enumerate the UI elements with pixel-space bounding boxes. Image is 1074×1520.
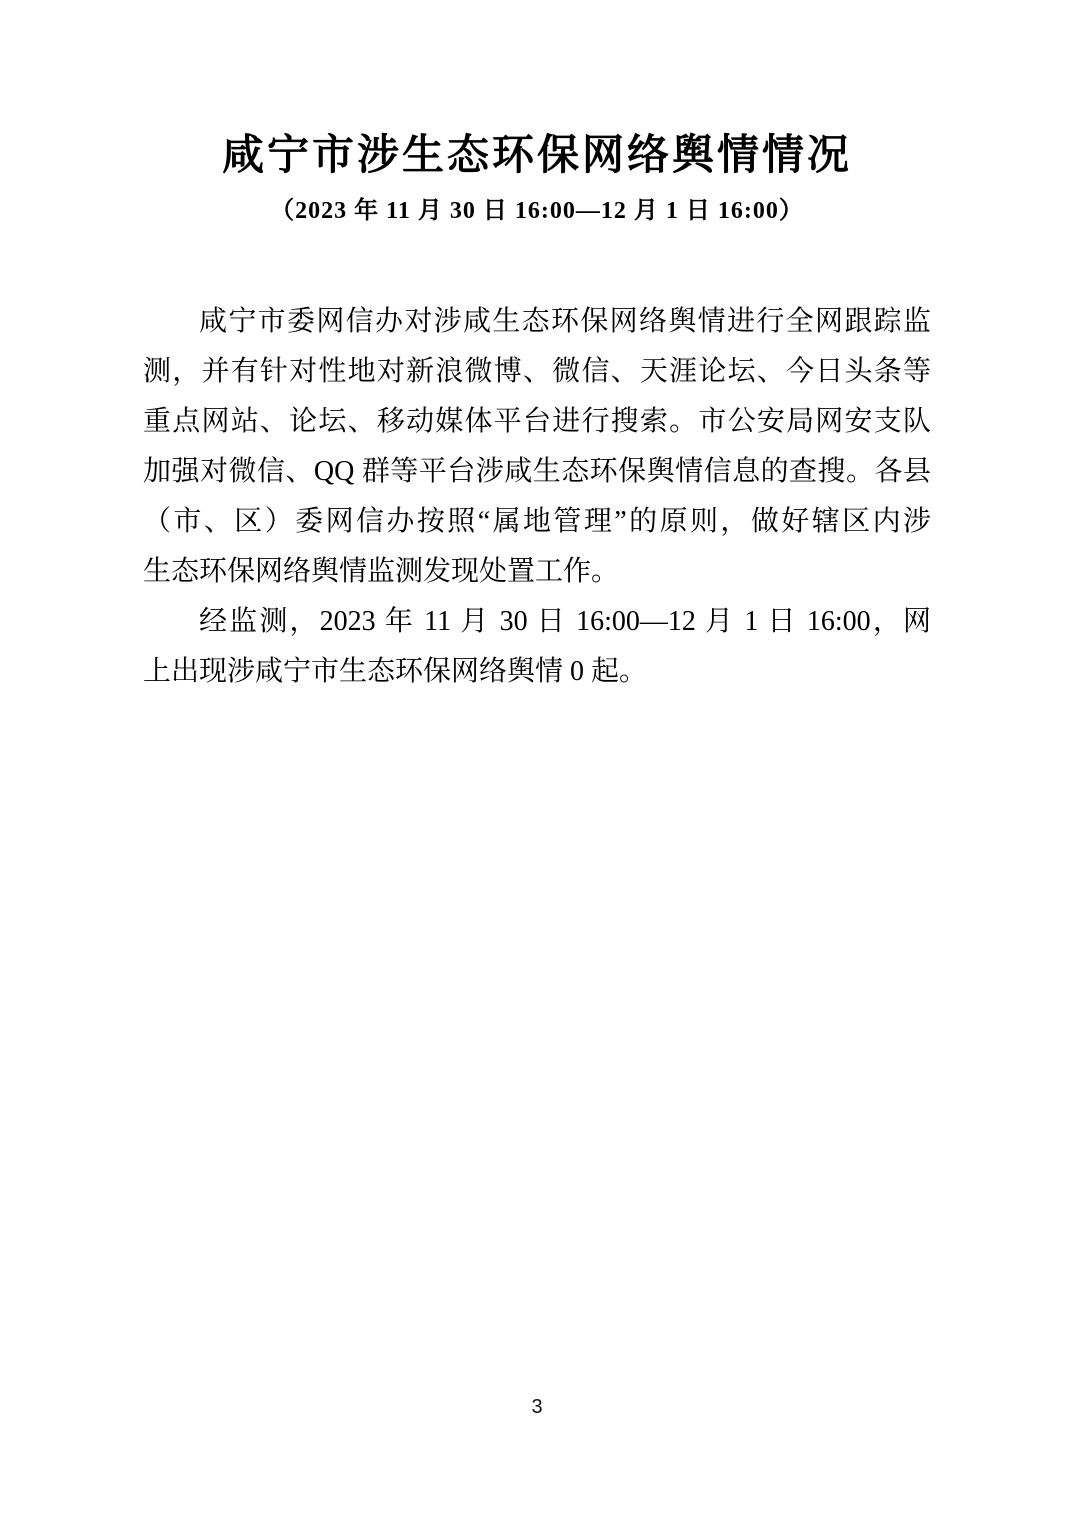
body-line: 经监测，2023 年 11 月 30 日 16:00—12 月 1 日 16:0…: [143, 597, 931, 647]
document-page: 咸宁市涉生态环保网络舆情情况 （2023 年 11 月 30 日 16:00—1…: [0, 0, 1074, 1520]
page-number: 3: [0, 1396, 1074, 1419]
body-line: 测，并有针对性地对新浪微博、微信、天涯论坛、今日头条等: [143, 347, 931, 397]
body-line: 咸宁市委网信办对涉咸生态环保网络舆情进行全网跟踪监: [143, 297, 931, 347]
paragraph-monitoring: 咸宁市委网信办对涉咸生态环保网络舆情进行全网跟踪监 测，并有针对性地对新浪微博、…: [143, 297, 931, 597]
body-line: （市、区）委网信办按照“属地管理”的原则，做好辖区内涉: [143, 497, 931, 547]
body-line: 加强对微信、QQ 群等平台涉咸生态环保舆情信息的查搜。各县: [143, 447, 931, 497]
body-line: 生态环保网络舆情监测发现处置工作。: [143, 547, 931, 597]
body-line: 上出现涉咸宁市生态环保网络舆情 0 起。: [143, 647, 931, 697]
document-body: 咸宁市委网信办对涉咸生态环保网络舆情进行全网跟踪监 测，并有针对性地对新浪微博、…: [143, 297, 931, 697]
document-content: 咸宁市涉生态环保网络舆情情况 （2023 年 11 月 30 日 16:00—1…: [143, 0, 931, 697]
paragraph-result: 经监测，2023 年 11 月 30 日 16:00—12 月 1 日 16:0…: [143, 597, 931, 697]
document-title: 咸宁市涉生态环保网络舆情情况: [143, 132, 931, 180]
document-subtitle: （2023 年 11 月 30 日 16:00—12 月 1 日 16:00）: [143, 196, 931, 227]
body-line: 重点网站、论坛、移动媒体平台进行搜索。市公安局网安支队: [143, 397, 931, 447]
